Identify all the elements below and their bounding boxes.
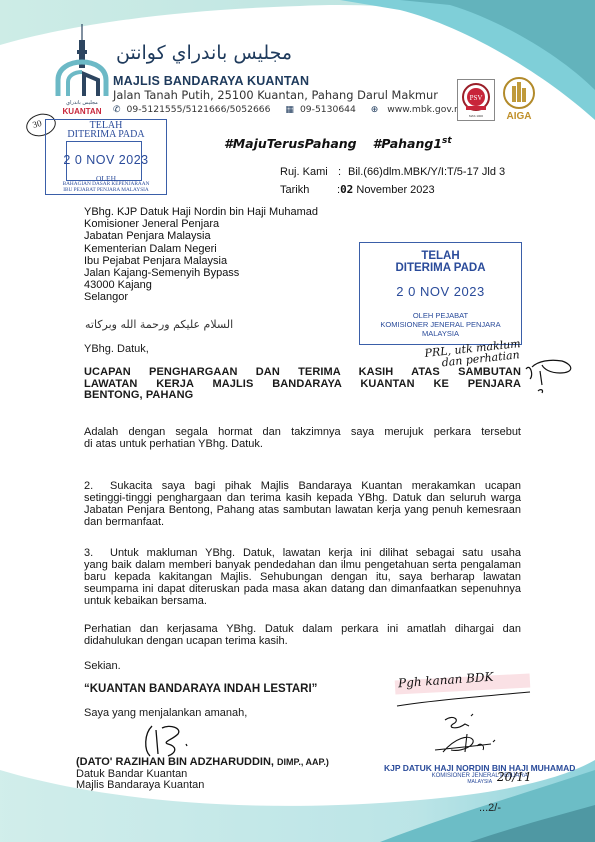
salutation-arabic: السلام عليكم ورحمة الله وبركاته (85, 318, 233, 331)
paragraph-text: didahulukan dengan ucapan terima kasih. (84, 635, 288, 647)
closing-amanah: Saya yang menjalankan amanah, (84, 707, 247, 719)
hashtags: #MajuTerusPahang#Pahang1st (224, 136, 452, 151)
signer-org: Majlis Bandaraya Kuantan (76, 780, 329, 792)
svg-text:مجليس باندراي: مجليس باندراي (66, 100, 98, 106)
addressee-line: Jabatan Penjara Malaysia (84, 230, 318, 242)
org-name-jawi: مجليس باندراي كوانتن (116, 42, 292, 64)
received-stamp-kjp: TELAH DITERIMA PADA 2 0 NOV 2023 OLEH PE… (359, 242, 522, 345)
phone-number: 09-5121555/5121666/5052666 (127, 104, 271, 115)
kjp-country: MALAYSIA (384, 779, 575, 785)
stamp-line: KOMISIONER JENERAL PENJARA (360, 320, 521, 329)
org-contact: ✆09-5121555/5121666/5052666 ▦09-5130644 … (113, 104, 480, 115)
psv-badge: PSV MAS 1000 (457, 79, 495, 121)
signer-honorifics: DIMP., AAP.) (277, 757, 329, 767)
org-address: Jalan Tanah Putih, 25100 Kuantan, Pahang… (113, 88, 438, 102)
stamp-line: IBU PEJABAT PENJARA MALAYSIA (46, 187, 166, 193)
city-motto: “KUANTAN BANDARAYA INDAH LESTARI” (84, 683, 317, 695)
fax-icon: ▦ (285, 105, 294, 115)
svg-text:KUANTAN: KUANTAN (63, 107, 102, 116)
ref-value: Bil.(66)dlm.MBK/Y/I:T/5-17 Jld 3 (348, 166, 505, 178)
paragraph-3: 3.Untuk makluman YBhg. Datuk, lawatan ke… (84, 547, 521, 607)
addressee-line: Selangor (84, 291, 318, 303)
globe-icon: ⊕ (371, 105, 379, 115)
kjp-name: KJP DATUK HAJI NORDIN BIN HAJI MUHAMAD (384, 763, 575, 773)
addressee-line: Kementerian Dalam Negeri (84, 243, 318, 255)
ref-label: Ruj. Kami (280, 166, 338, 178)
subject-line: BENTONG, PAHANG (84, 389, 193, 401)
mbk-logo: مجليس باندراي KUANTAN (54, 22, 110, 118)
stamp-date: 2 0 NOV 2023 (46, 153, 166, 167)
org-name: MAJLIS BANDARAYA KUANTAN (113, 74, 309, 88)
paragraph-text: setinggi-tinggi penghargaan dan terima k… (84, 492, 521, 528)
greeting: YBhg. Datuk, (84, 343, 149, 355)
paragraph-text: Adalah dengan segala hormat dan takzimny… (84, 426, 521, 438)
paragraph-text: yang baik dalam memberi banyak pendedaha… (84, 559, 521, 607)
signer-name-text: (DATO' RAZIHAN BIN ADZHARUDDIN, (76, 756, 274, 768)
paragraph-number: 3. (84, 547, 110, 559)
kjp-signature (395, 690, 535, 765)
paragraph-2: 2.Sukacita saya bagi pihak Majlis Bandar… (84, 480, 521, 528)
addressee-line: 43000 Kajang (84, 279, 318, 291)
stamp-line: MALAYSIA (360, 329, 521, 338)
paragraph-4: Perhatian dan kerjasama YBhg. Datuk dala… (84, 623, 521, 647)
reference-number: Ruj. Kami:Bil.(66)dlm.MBK/Y/I:T/5-17 Jld… (280, 166, 505, 178)
addressee-line: Ibu Pejabat Penjara Malaysia (84, 255, 318, 267)
svg-text:MAS 1000: MAS 1000 (469, 114, 483, 118)
addressee-line: Komisioner Jeneral Penjara (84, 218, 318, 230)
svg-text:PSV: PSV (470, 94, 483, 102)
fax-number: 09-5130644 (300, 104, 356, 115)
svg-text:AIGA: AIGA (507, 111, 532, 122)
page-continuation: ...2/- (479, 802, 501, 814)
letter-date: Tarikh:02 November 2023 (280, 183, 435, 196)
paragraph-text: Untuk makluman YBhg. Datuk, lawatan kerj… (110, 547, 521, 559)
closing-sekian: Sekian. (84, 660, 121, 672)
paragraph-text: Perhatian dan kerjasama YBhg. Datuk dala… (84, 623, 521, 635)
paragraph-1: Adalah dengan segala hormat dan takzimny… (84, 426, 521, 450)
phone-icon: ✆ (113, 105, 121, 115)
signer-block: (DATO' RAZIHAN BIN ADZHARUDDIN, DIMP., A… (76, 757, 329, 792)
date-day: 02 (340, 183, 353, 196)
signer-name: (DATO' RAZIHAN BIN ADZHARUDDIN, DIMP., A… (76, 757, 329, 769)
paragraph-number: 2. (84, 480, 110, 492)
addressee-line: YBhg. KJP Datuk Haji Nordin bin Haji Muh… (84, 206, 318, 218)
subject-line: UCAPAN PENGHARGAAN DAN TERIMA KASIH ATAS… (84, 367, 521, 379)
hashtag-maju-terus-pahang: #MajuTerusPahang (224, 136, 357, 151)
hashtag-pahang-1st: #Pahang1st (373, 136, 452, 151)
initial-signature (520, 355, 580, 400)
kjp-name-stamp: KJP DATUK HAJI NORDIN BIN HAJI MUHAMAD K… (384, 763, 575, 785)
hashtag-sup: st (442, 136, 452, 146)
stamp-line: OLEH PEJABAT (360, 311, 521, 320)
stamp-date: 2 0 NOV 2023 (360, 284, 521, 299)
date-label: Tarikh (280, 184, 337, 196)
received-stamp-bahagian: TELAH DITERIMA PADA 2 0 NOV 2023 OLEH BA… (45, 119, 167, 195)
stamp-line: DITERIMA PADA (46, 129, 166, 140)
paragraph-text: di atas untuk perhatian YBhg. Datuk. (84, 438, 263, 450)
aiga-badge: AIGA (498, 76, 540, 122)
letter-subject: UCAPAN PENGHARGAAN DAN TERIMA KASIH ATAS… (84, 367, 521, 402)
addressee-block: YBhg. KJP Datuk Haji Nordin bin Haji Muh… (84, 206, 318, 304)
stamp-line: TELAH (360, 250, 521, 262)
addressee-line: Jalan Kajang-Semenyih Bypass (84, 267, 318, 279)
date-month-year: November 2023 (356, 184, 434, 196)
stamp-line: DITERIMA PADA (360, 262, 521, 274)
hashtag-text: #Pahang1 (373, 136, 442, 151)
paragraph-text: Sukacita saya bagi pihak Majlis Bandaray… (110, 480, 521, 492)
handwritten-date: 20/11 (497, 770, 532, 784)
